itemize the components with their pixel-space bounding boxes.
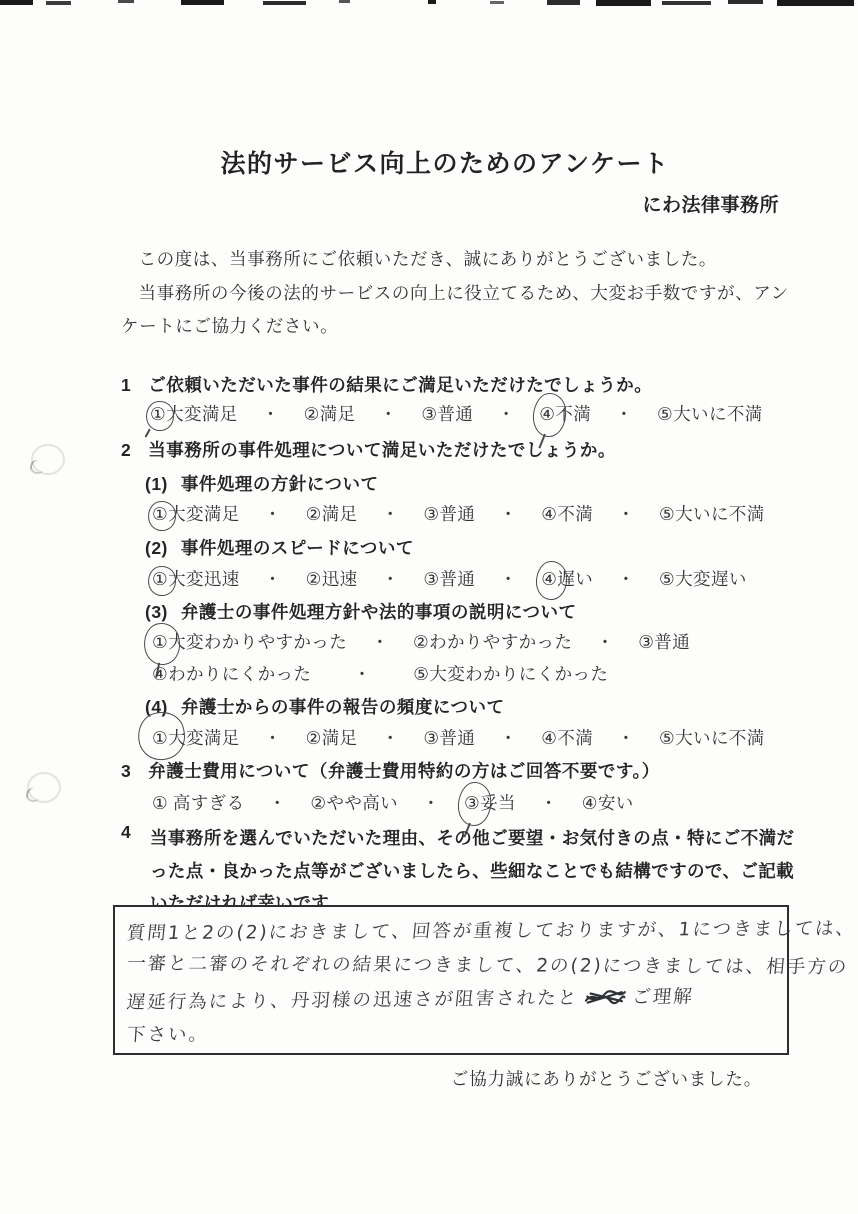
question-2-3-number: (3) xyxy=(145,602,168,622)
answer-option-label: 普通 xyxy=(438,404,474,424)
handwritten-line-3-pre: 遅延行為により、丹羽様の迅速さが阻害されたと xyxy=(126,988,579,1014)
answer-option: ④わかりにくかった xyxy=(152,661,311,686)
answer-option: ①大変満足 xyxy=(152,725,240,750)
question-1-title: ご依頼いただいた事件の結果にご満足いただけたでしょうか。 xyxy=(148,375,652,395)
question-3-options: ① 高すぎる・②やや高い・③妥当・④安い xyxy=(152,790,634,815)
answer-option: ②満足 xyxy=(304,401,356,426)
answer-option-label: 満足 xyxy=(320,404,356,424)
question-3-title: 弁護士費用について（弁護士費用特約の方はご回答不要です。） xyxy=(148,761,660,781)
option-separator: ・ xyxy=(264,725,282,750)
answer-option-label: 大変わかりやすかった xyxy=(168,632,347,652)
answer-option-number: ① xyxy=(152,793,168,814)
scan-edge-artifact xyxy=(0,0,858,12)
intro-paragraph-1: この度は、当事務所にご依頼いただき、誠にありがとうございました。 xyxy=(121,243,803,277)
handwritten-line-1: 質問1と2の(2)におきまして、回答が重複しておりますが、1につきましては、 xyxy=(125,913,779,952)
question-2-header: 2当事務所の事件処理について満足いただけたでしょうか。 xyxy=(121,437,616,462)
answer-option-number: ② xyxy=(306,569,322,590)
answer-option-number: ③ xyxy=(638,632,654,653)
scanned-survey-page: 法的サービス向上のためのアンケート にわ法律事務所 この度は、当事務所にご依頼い… xyxy=(0,0,858,1214)
answer-option-number: ⑤ xyxy=(659,728,675,749)
scribble-strikeout-icon xyxy=(583,988,627,1006)
option-separator: ・ xyxy=(499,501,517,526)
answer-option: ①大変迅速 xyxy=(152,566,240,591)
answer-option: ⑤大いに不満 xyxy=(659,725,765,750)
answer-option-label: わかりやすかった xyxy=(429,632,572,652)
answer-option: ⑤大いに不満 xyxy=(659,501,765,526)
option-separator: ・ xyxy=(371,629,389,654)
answer-option-label: 大いに不満 xyxy=(673,404,763,424)
answer-option-number: ④ xyxy=(541,504,557,525)
question-3-header: 3弁護士費用について（弁護士費用特約の方はご回答不要です。） xyxy=(121,758,660,783)
answer-option-number: ④ xyxy=(539,404,555,425)
answer-option-label: 迅速 xyxy=(322,569,358,589)
option-separator: ・ xyxy=(499,566,517,591)
question-2-3-header: (3)弁護士の事件処理方針や法的事項の説明について xyxy=(145,599,577,624)
question-1-number: 1 xyxy=(121,375,131,395)
answer-option-label: やや高い xyxy=(326,793,398,813)
intro-paragraph-2: 当事務所の今後の法的サービスの向上に役立てるため、大変お手数ですが、アンケートに… xyxy=(121,277,803,344)
option-separator: ・ xyxy=(497,401,515,426)
answer-option-number: ① xyxy=(152,728,168,749)
answer-option-label: 大変遅い xyxy=(675,569,747,589)
option-separator: ・ xyxy=(262,401,280,426)
option-separator: ・ xyxy=(353,661,371,686)
answer-option: ⑤大変遅い xyxy=(659,566,747,591)
option-separator: ・ xyxy=(380,401,398,426)
answer-option-number: ① xyxy=(150,404,166,425)
option-separator: ・ xyxy=(264,566,282,591)
answer-option-label: 大変わかりにくかった xyxy=(429,664,608,684)
answer-option: ②わかりやすかった xyxy=(413,629,572,654)
answer-option-number: ① xyxy=(152,504,168,525)
answer-option-number: ① xyxy=(152,569,168,590)
answer-option: ① 高すぎる xyxy=(152,790,244,815)
question-2-1-number: (1) xyxy=(145,474,168,494)
answer-option-label: 満足 xyxy=(322,728,358,748)
question-2-4-number: (4) xyxy=(145,697,168,717)
answer-option-number: ⑤ xyxy=(413,664,429,685)
answer-option-number: ③ xyxy=(423,728,439,749)
option-separator: ・ xyxy=(499,725,517,750)
answer-option-number: ⑤ xyxy=(659,569,675,590)
answer-option: ④不満 xyxy=(539,401,591,426)
question-3-number: 3 xyxy=(121,761,131,781)
option-separator: ・ xyxy=(422,790,440,815)
answer-option-number: ③ xyxy=(423,504,439,525)
answer-option: ④不満 xyxy=(541,501,593,526)
answer-option-number: ④ xyxy=(541,569,557,590)
answer-option: ③普通 xyxy=(423,566,475,591)
punch-hole-top xyxy=(31,444,65,475)
question-2-1-header: (1)事件処理の方針について xyxy=(145,471,379,496)
answer-option-number: ③ xyxy=(423,569,439,590)
question-2-title: 当事務所の事件処理について満足いただけたでしょうか。 xyxy=(148,440,616,460)
option-separator: ・ xyxy=(617,725,635,750)
law-office-name: にわ法律事務所 xyxy=(642,190,779,217)
answer-option-number: ② xyxy=(413,632,429,653)
answer-option-number: ③ xyxy=(421,404,437,425)
answer-option-number: ② xyxy=(306,728,322,749)
question-2-4-title: 弁護士からの事件の報告の頻度について xyxy=(181,697,505,717)
answer-option-label: 不満 xyxy=(557,504,593,524)
answer-option: ①大変わかりやすかった xyxy=(152,629,347,654)
question-1-header: 1ご依頼いただいた事件の結果にご満足いただけたでしょうか。 xyxy=(121,372,652,397)
answer-option-label: 普通 xyxy=(440,728,476,748)
answer-option-number: ① xyxy=(152,632,168,653)
answer-option: ⑤大いに不満 xyxy=(657,401,763,426)
answer-option-label: 大いに不満 xyxy=(675,504,765,524)
answer-option: ①大変満足 xyxy=(152,501,240,526)
option-separator: ・ xyxy=(382,725,400,750)
answer-option-label: 普通 xyxy=(440,569,476,589)
question-2-4-header: (4)弁護士からの事件の報告の頻度について xyxy=(145,694,505,719)
answer-option-number: ⑤ xyxy=(659,504,675,525)
question-2-3-options-row-2: ④わかりにくかった・⑤大変わかりにくかった xyxy=(152,661,608,686)
question-2-2-number: (2) xyxy=(145,538,168,558)
punch-hole-bottom xyxy=(27,772,61,803)
answer-option: ④遅い xyxy=(541,566,593,591)
handwritten-line-3-post: ご理解 xyxy=(631,986,695,1008)
page-title: 法的サービス向上のためのアンケート xyxy=(0,144,858,180)
question-2-2-options: ①大変迅速・②迅速・③普通・④遅い・⑤大変遅い xyxy=(152,566,747,591)
option-separator: ・ xyxy=(615,401,633,426)
free-comment-box: 質問1と2の(2)におきまして、回答が重複しておりますが、1につきましては、 一… xyxy=(113,905,789,1055)
answer-option: ②満足 xyxy=(306,501,358,526)
answer-option: ②満足 xyxy=(306,725,358,750)
answer-option-label: わかりにくかった xyxy=(168,664,311,684)
answer-option: ③普通 xyxy=(423,725,475,750)
answer-option: ③妥当 xyxy=(464,790,516,815)
handwritten-line-2: 一審と二審のそれぞれの結果につきまして、2の(2)につきましては、相手方の xyxy=(126,947,779,984)
answer-option-label: 大変満足 xyxy=(168,728,240,748)
option-separator: ・ xyxy=(382,501,400,526)
option-separator: ・ xyxy=(382,566,400,591)
closing-thanks: ご協力誠にありがとうございました。 xyxy=(451,1066,762,1091)
question-2-number: 2 xyxy=(121,440,131,460)
answer-option: ①大変満足 xyxy=(150,401,238,426)
answer-option-label: 大いに不満 xyxy=(675,728,765,748)
answer-option: ②やや高い xyxy=(310,790,398,815)
answer-option-label: 大変満足 xyxy=(168,504,240,524)
question-1-options: ①大変満足・②満足・③普通・④不満・⑤大いに不満 xyxy=(150,401,763,426)
answer-option: ③普通 xyxy=(423,501,475,526)
answer-option-label: 遅い xyxy=(557,569,593,589)
answer-option-label: 不満 xyxy=(555,404,591,424)
handwritten-comment: 質問1と2の(2)におきまして、回答が重複しておりますが、1につきましては、 一… xyxy=(127,915,777,1051)
answer-option-number: ⑤ xyxy=(657,404,673,425)
answer-option-number: ④ xyxy=(582,793,598,814)
answer-option: ③普通 xyxy=(421,401,473,426)
answer-option-number: ③ xyxy=(464,793,480,814)
question-2-2-header: (2)事件処理のスピードについて xyxy=(145,535,414,560)
answer-option-number: ④ xyxy=(152,664,168,685)
answer-option-label: 妥当 xyxy=(480,793,516,813)
answer-option-number: ④ xyxy=(541,728,557,749)
option-separator: ・ xyxy=(596,629,614,654)
answer-option-label: 高すぎる xyxy=(168,793,244,813)
option-separator: ・ xyxy=(617,566,635,591)
answer-option-label: 満足 xyxy=(322,504,358,524)
answer-option-number: ② xyxy=(310,793,326,814)
answer-option-number: ② xyxy=(306,504,322,525)
answer-option-label: 普通 xyxy=(654,632,690,652)
answer-option-label: 安い xyxy=(598,793,634,813)
handwritten-line-4: 下さい。 xyxy=(126,1015,778,1052)
answer-option: ②迅速 xyxy=(306,566,358,591)
answer-option-number: ② xyxy=(304,404,320,425)
answer-option: ④不満 xyxy=(541,725,593,750)
question-4-number: 4 xyxy=(121,822,131,843)
question-2-2-title: 事件処理のスピードについて xyxy=(181,538,414,558)
question-2-3-options-row-1: ①大変わかりやすかった・②わかりやすかった・③普通 xyxy=(152,629,690,654)
answer-option-label: 普通 xyxy=(440,504,476,524)
option-separator: ・ xyxy=(264,501,282,526)
question-2-1-options: ①大変満足・②満足・③普通・④不満・⑤大いに不満 xyxy=(152,501,765,526)
question-2-1-title: 事件処理の方針について xyxy=(181,474,379,494)
answer-option-label: 不満 xyxy=(557,728,593,748)
question-2-4-options: ①大変満足・②満足・③普通・④不満・⑤大いに不満 xyxy=(152,725,765,750)
answer-option: ④安い xyxy=(582,790,634,815)
question-2-3-title: 弁護士の事件処理方針や法的事項の説明について xyxy=(181,602,577,622)
handwritten-line-3: 遅延行為により、丹羽様の迅速さが阻害されたと ご理解 xyxy=(125,980,779,1021)
option-separator: ・ xyxy=(540,790,558,815)
answer-option: ⑤大変わかりにくかった xyxy=(413,661,608,686)
answer-option-label: 大変満足 xyxy=(166,404,238,424)
intro-paragraphs: この度は、当事務所にご依頼いただき、誠にありがとうございました。 当事務所の今後… xyxy=(121,243,803,344)
option-separator: ・ xyxy=(268,790,286,815)
answer-option-label: 大変迅速 xyxy=(168,569,240,589)
answer-option: ③普通 xyxy=(638,629,690,654)
option-separator: ・ xyxy=(617,501,635,526)
